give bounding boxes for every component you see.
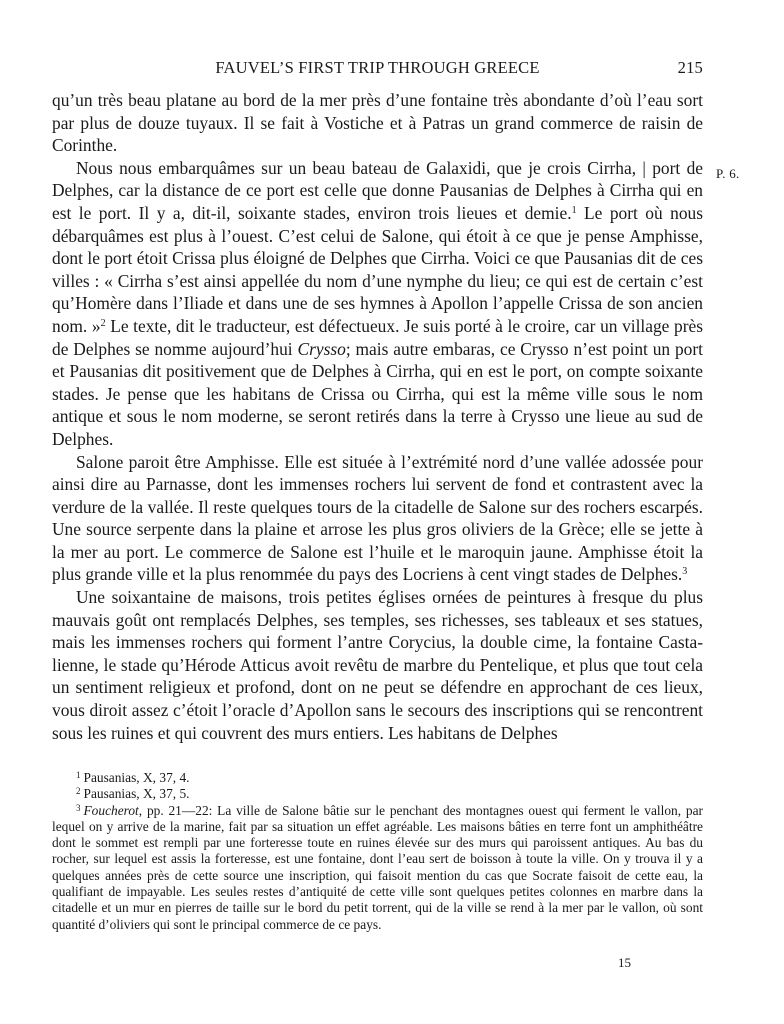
- footnote: 1Pausanias, X, 37, 4.: [52, 770, 703, 786]
- page-number: 215: [678, 58, 703, 78]
- text-run: qu’un très beau platane au bord de la me…: [52, 90, 703, 155]
- footnote: 3Foucherot, pp. 21—22: La ville de Salon…: [52, 803, 703, 933]
- text-run: Pausanias, X, 37, 4.: [84, 770, 190, 785]
- text-run: Une soixantaine de maisons, trois petite…: [52, 587, 703, 743]
- text-run: Pausanias, X, 37, 5.: [84, 786, 190, 801]
- running-title: FAUVEL’S FIRST TRIP THROUGH GREECE: [52, 58, 703, 78]
- footnotes: 1Pausanias, X, 37, 4. 2Pausanias, X, 37,…: [52, 770, 703, 933]
- footnote-number: 2: [76, 786, 81, 796]
- footnote-reference[interactable]: 3: [682, 566, 687, 577]
- footnote-number: 3: [76, 803, 81, 813]
- paragraph: qu’un très beau platane au bord de la me…: [52, 89, 703, 157]
- paragraph: Nous nous embarquâmes sur un beau bateau…: [52, 157, 703, 451]
- paragraph: Une soixantaine de maisons, trois petite…: [52, 586, 703, 744]
- footnote-number: 1: [76, 770, 81, 780]
- body-text: qu’un très beau platane au bord de la me…: [52, 89, 703, 744]
- paragraph: Salone paroit être Amphisse. Elle est si…: [52, 451, 703, 587]
- margin-note: P. 6.: [716, 166, 740, 182]
- text-run: , pp. 21—22: La ville de Salone bâtie su…: [52, 803, 703, 932]
- footnote: 2Pausanias, X, 37, 5.: [52, 786, 703, 802]
- italic-text: Crysso: [298, 339, 346, 359]
- running-head: FAUVEL’S FIRST TRIP THROUGH GREECE 215: [52, 58, 703, 82]
- italic-text: Foucherot: [84, 803, 139, 818]
- signature-mark: 15: [618, 955, 631, 971]
- text-run: Salone paroit être Amphisse. Elle est si…: [52, 452, 703, 585]
